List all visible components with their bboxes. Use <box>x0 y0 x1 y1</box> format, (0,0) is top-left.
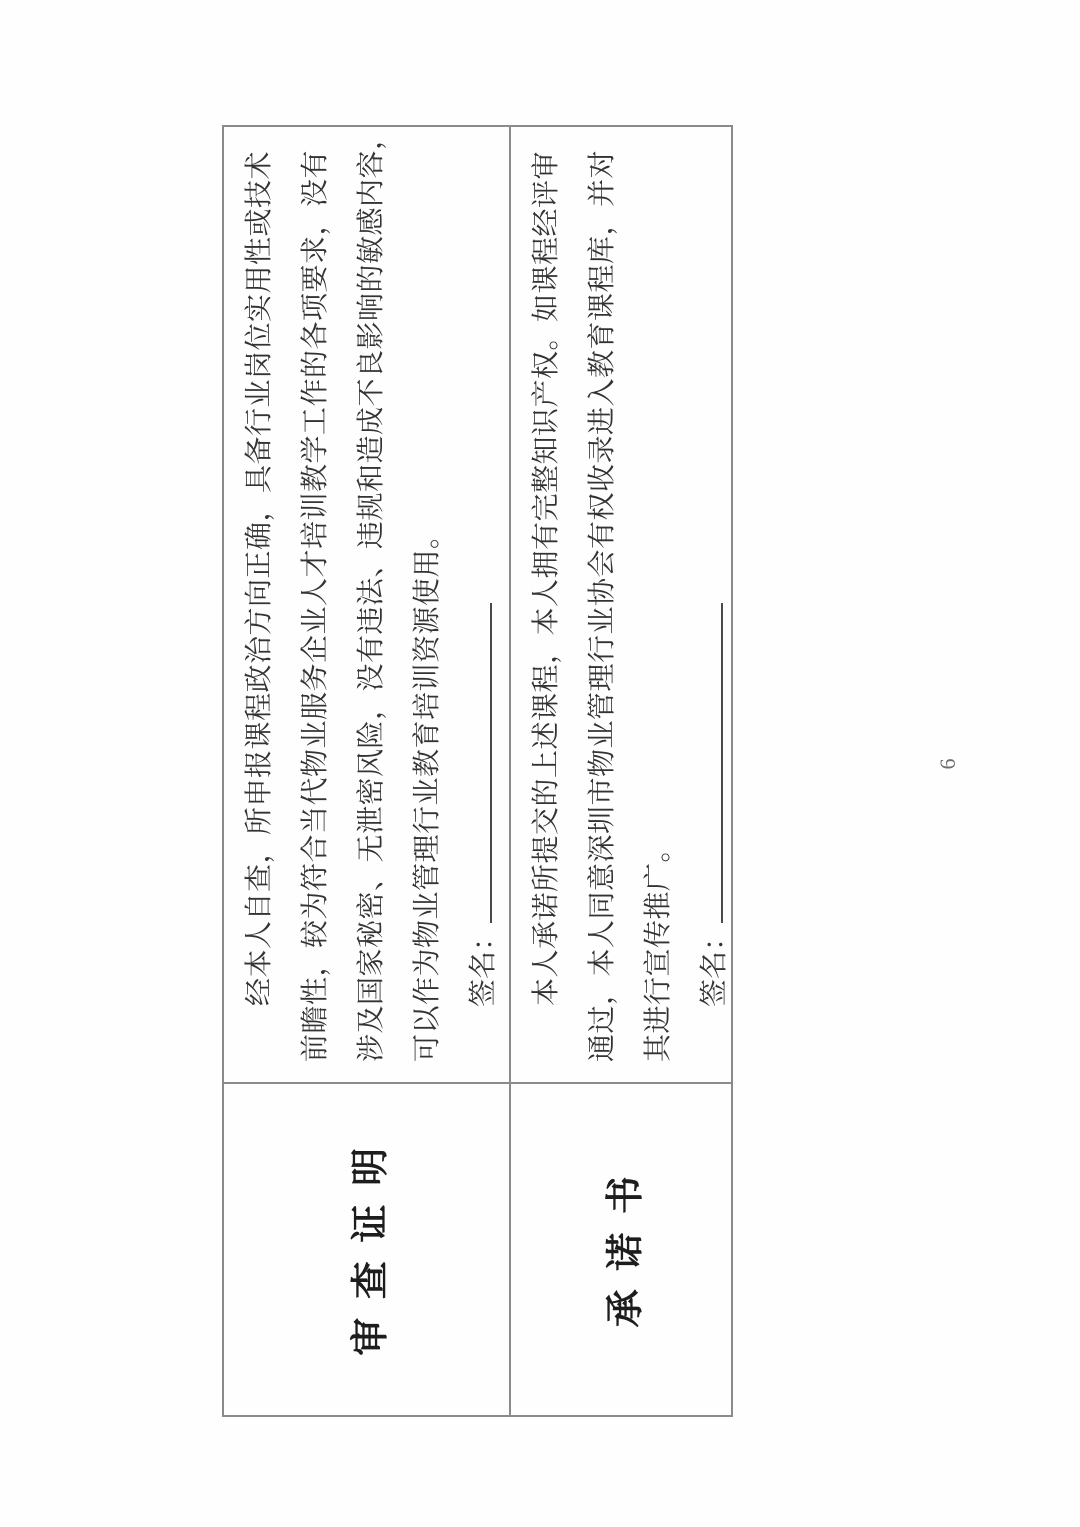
header-cell-commitment-letter: 承 诺 书 <box>511 1082 731 1415</box>
review-text-line: 涉及国家秘密、无泄密风险，没有违法、违规和造成不良影响的敏感内容， <box>344 141 400 1062</box>
header-cell-review-certificate: 审 查 证 明 <box>224 1082 511 1415</box>
commitment-text-line: 本人承诺所提交的上述课程，本人拥有完整知识产权。如课程经评审 <box>519 141 575 1062</box>
review-signature-blank-line <box>461 603 492 923</box>
commitment-letter-title: 承 诺 书 <box>594 1172 649 1328</box>
body-cell-commitment-letter: 本人承诺所提交的上述课程，本人拥有完整知识产权。如课程经评审 通过，本人同意深圳… <box>511 127 731 1082</box>
review-text-line: 经本人自查，所申报课程政治方向正确，具备行业岗位实用性或技术 <box>232 141 288 1062</box>
review-text-line: 可以作为物业管理行业教育培训资源使用。 <box>400 141 456 1062</box>
body-cell-review-certificate: 经本人自查，所申报课程政治方向正确，具备行业岗位实用性或技术 前瞻性，较为符合当… <box>224 127 511 1082</box>
commitment-signature-blank-line <box>692 603 723 923</box>
commitment-signature-label: 签名： <box>699 923 730 1007</box>
review-signature-row: 签名： <box>456 141 511 1007</box>
review-commitment-table: 审 查 证 明 经本人自查，所申报课程政治方向正确，具备行业岗位实用性或技术 前… <box>222 125 733 1417</box>
review-certificate-title: 审 查 证 明 <box>339 1143 394 1355</box>
scanned-page: 审 查 证 明 经本人自查，所申报课程政治方向正确，具备行业岗位实用性或技术 前… <box>0 0 1080 1527</box>
commitment-text-line: 通过，本人同意深圳市物业管理行业协会有权收录进入教育课程库，并对 <box>575 141 631 1062</box>
review-text-line: 前瞻性，较为符合当代物业服务企业人才培训教学工作的各项要求，没有 <box>288 141 344 1062</box>
commitment-text-line: 其进行宣传推广。 <box>631 141 687 1062</box>
page-number: 6 <box>935 0 961 1527</box>
review-signature-label: 签名： <box>468 923 499 1007</box>
commitment-signature-row: 签名： <box>687 141 731 1007</box>
